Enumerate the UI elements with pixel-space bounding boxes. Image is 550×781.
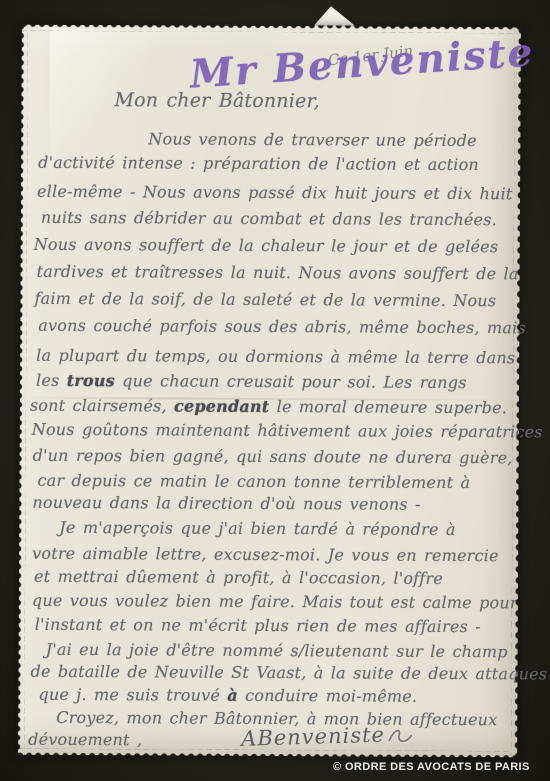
- handwritten-line: J'ai eu la joie d'être nommé s/lieutenan…: [46, 640, 508, 662]
- handwritten-line: que j. me suis trouvé à conduire moi-mêm…: [38, 685, 417, 706]
- perforated-edge-bottom: [16, 749, 519, 759]
- perforated-edge-right: [511, 25, 522, 759]
- signature-text: ABenveniste: [241, 723, 385, 751]
- handwritten-line: Je m'aperçois que j'ai bien tardé à répo…: [59, 518, 455, 539]
- handwritten-line: Nous venons de traverser une période: [148, 129, 477, 150]
- handwritten-line: sont clairsemés, cependant le moral deme…: [30, 396, 507, 418]
- handwritten-line: et mettrai dûement à profit, à l'occasio…: [34, 567, 443, 588]
- line-text: que j. me suis trouvé: [38, 685, 227, 705]
- handwritten-line: elle-même - Nous avons passé dix huit jo…: [37, 182, 513, 204]
- inkblot-word: à: [227, 686, 238, 705]
- letter-card: Ce 1er Juin Mr Benveniste Mon cher Bâton…: [18, 25, 521, 758]
- recipient-name-annotation: Mr Benveniste: [189, 33, 536, 94]
- signature: ABenveniste: [241, 724, 413, 751]
- handwritten-line: votre aimable lettre, excusez-moi. Je vo…: [32, 544, 499, 566]
- handwritten-line: d'un repos bien gagné, qui sans doute ne…: [33, 446, 513, 468]
- handwritten-line: les trous que chacun creusait pour soi. …: [36, 371, 467, 392]
- handwritten-line: Nous goûtons maintenant hâtivement aux j…: [32, 420, 543, 442]
- perforated-edge-top: [20, 24, 523, 34]
- emphasized-word: trous: [67, 371, 115, 390]
- handwritten-line: car depuis ce matin le canon tonne terri…: [37, 471, 470, 492]
- handwritten-line: Nous avons souffert de la chaleur le jou…: [34, 235, 499, 257]
- handwritten-line: de bataille de Neuville St Vaast, à la s…: [30, 662, 547, 684]
- emphasized-word: cependant: [174, 397, 269, 416]
- line-text: sont clairsemés,: [30, 396, 174, 416]
- handwritten-line: dévouement ,: [28, 730, 142, 750]
- handwritten-line: tardives et traîtresses la nuit. Nous av…: [37, 262, 519, 284]
- handwritten-line: que vous voulez bien me faire. Mais tout…: [32, 591, 518, 613]
- line-text: que chacun creusait pour soi. Les rangs: [115, 371, 467, 392]
- perforated-edge-left: [17, 23, 28, 757]
- signature-flourish: [387, 725, 414, 746]
- handwritten-line: nuits sans débrider au combat et dans le…: [41, 208, 497, 230]
- handwritten-line: nouveau dans la direction d'où nous veno…: [32, 493, 420, 514]
- handwritten-line: faim et de la soif, de la saleté et de l…: [34, 289, 496, 311]
- handwritten-line: avons couché parfois sous des abris, mêm…: [38, 316, 526, 338]
- line-text: les: [36, 371, 67, 390]
- line-text: conduire moi-même.: [238, 686, 417, 706]
- photo-mat: Ce 1er Juin Mr Benveniste Mon cher Bâton…: [0, 0, 550, 781]
- line-text: le moral demeure superbe.: [269, 397, 507, 417]
- handwritten-line: d'activité intense : préparation de l'ac…: [38, 153, 479, 174]
- copyright-watermark: © ORDRE DES AVOCATS DE PARIS: [333, 761, 530, 774]
- handwritten-line: l'instant et on ne m'écrit plus rien de …: [35, 615, 481, 637]
- handwritten-line: la plupart du temps, ou dormions à même …: [36, 346, 515, 368]
